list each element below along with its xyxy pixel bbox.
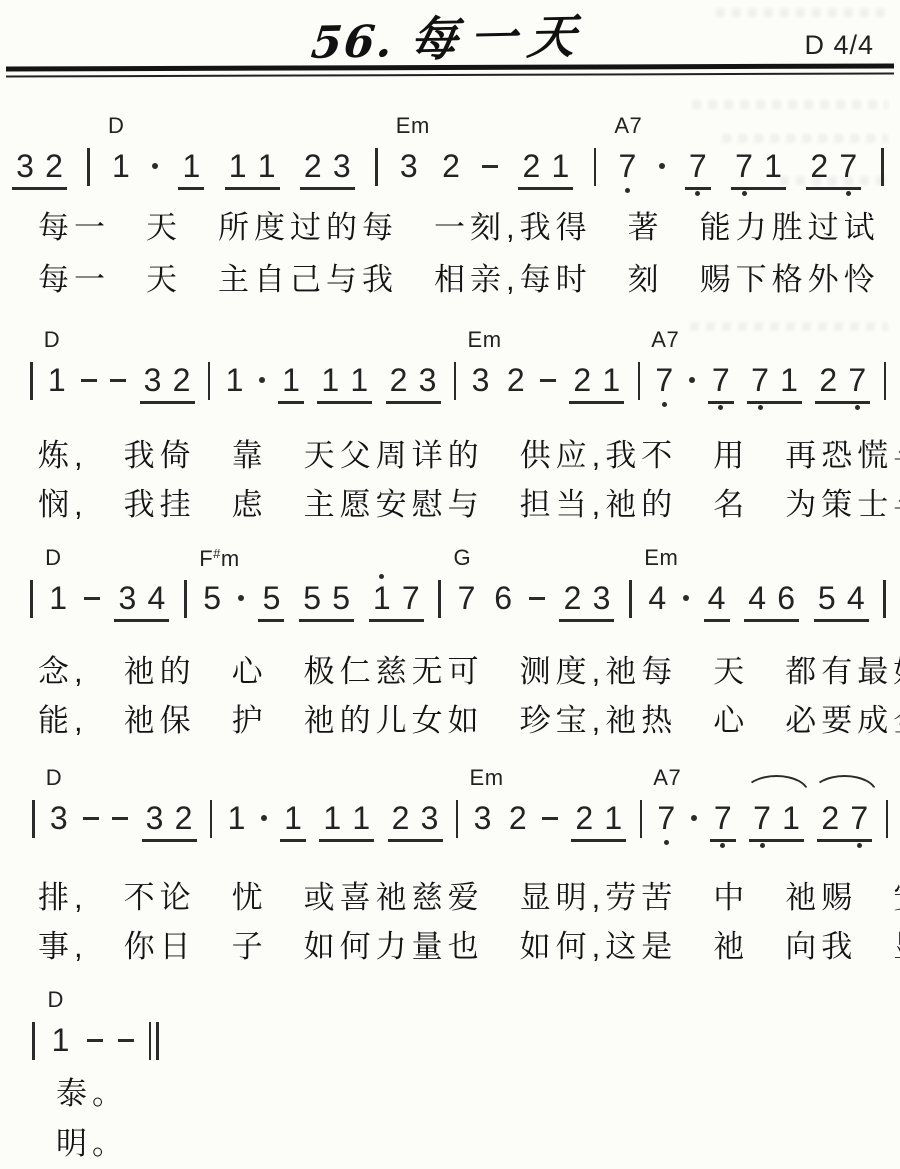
barline: [87, 148, 90, 186]
duration-dot: [259, 377, 265, 383]
note-digit: 1: [46, 362, 68, 398]
note: 7A7: [616, 148, 638, 184]
note-group: 4: [704, 580, 730, 622]
note: 3D: [48, 800, 70, 836]
barline: [629, 580, 632, 618]
octave-dot-low: [846, 191, 851, 196]
duration-dot: [152, 163, 158, 169]
note-digit: 1: [780, 800, 802, 836]
title-handwritten: 56.每一天: [309, 0, 591, 72]
chord-label: A7: [614, 115, 642, 137]
chord-label: Em: [396, 115, 430, 137]
note-digit: 2: [573, 800, 595, 836]
note: 7G: [456, 580, 478, 616]
note-digit: 2: [173, 800, 195, 836]
barline: [32, 1022, 35, 1060]
note-group: 11: [317, 362, 372, 404]
dash-continuation: [84, 597, 100, 600]
note-digit: 5: [201, 580, 223, 616]
note-digit: 1: [321, 800, 343, 836]
chord-char: E: [470, 765, 485, 790]
lyric-line: 每一 天 所度过的每 一刻,我得 著 能力胜过试: [38, 202, 880, 247]
dash-continuation: [542, 817, 558, 820]
duration-dot: [238, 595, 244, 601]
note-digit: 3: [470, 362, 492, 398]
notes-row: 3D321111233Em2217A777127: [32, 800, 888, 842]
chord-label: D: [44, 329, 60, 351]
note-digit: 7: [616, 148, 638, 184]
barline: [594, 148, 597, 186]
slur-arc: [744, 775, 809, 793]
note: 3Em: [472, 800, 494, 836]
note-digit: 1: [350, 800, 372, 836]
note-group: 5: [258, 580, 284, 622]
note-group: 34: [114, 580, 169, 622]
note-digit: 2: [388, 362, 410, 398]
note-digit: 5: [301, 580, 323, 616]
note-group: 32: [142, 800, 197, 842]
note-digit: 7: [751, 800, 773, 836]
note-group: 23: [300, 148, 355, 190]
barline: [884, 362, 887, 400]
note-digit: 1: [180, 148, 202, 184]
note-digit: 5: [330, 580, 352, 616]
note-digit: 4: [706, 580, 728, 616]
notation-system: 3D321111233Em2217A777127: [32, 766, 888, 842]
dash-continuation: [83, 817, 99, 820]
notation-system: 1D321111233Em2217A777127: [30, 328, 886, 404]
note-digit: 1: [47, 580, 69, 616]
chord-char: A: [651, 327, 666, 352]
duration-dot: [261, 815, 267, 821]
chord-char: m: [485, 765, 504, 790]
chord-label: Em: [468, 329, 502, 351]
note-digit: 3: [14, 148, 36, 184]
chord-char: G: [454, 545, 472, 570]
note-digit: 1: [226, 800, 248, 836]
note-digit: 4: [145, 580, 167, 616]
duration-dot: [689, 377, 695, 383]
chord-char: 7: [668, 765, 681, 790]
note-digit: 1: [50, 1022, 72, 1058]
chord-label: D: [46, 767, 62, 789]
note-group: 11: [225, 148, 280, 190]
barline: [881, 148, 884, 186]
notation-system: 321D111233Em2217A777127: [12, 114, 884, 190]
barline: [30, 580, 33, 618]
chord-char: m: [483, 327, 502, 352]
note-group: 54: [814, 580, 869, 622]
note-digit: 3: [48, 800, 70, 836]
note-digit: 2: [571, 362, 593, 398]
sharp-sign: #: [213, 546, 221, 561]
note: 2: [507, 800, 529, 836]
notation-system: 1D: [32, 988, 159, 1060]
note-digit: 4: [845, 580, 867, 616]
lyric-line: 泰。: [56, 1068, 128, 1113]
note: 5F#m: [201, 580, 223, 616]
song-title: 每一天: [408, 9, 591, 68]
note-digit: 7: [749, 362, 771, 398]
lyric-line: 炼, 我倚 靠 天父周详的 供应,我不 用 再恐慌与挂: [38, 430, 900, 475]
duration-dot: [683, 595, 689, 601]
note-digit: 2: [505, 362, 527, 398]
slur-arc: [812, 775, 877, 793]
chord-label: F#m: [199, 547, 240, 570]
note-digit: 7: [733, 148, 755, 184]
chord-label: D: [48, 989, 64, 1011]
note-group: 21: [569, 362, 624, 404]
octave-dot-low: [857, 843, 862, 848]
octave-dot-low: [625, 188, 630, 193]
note-digit: 7: [653, 362, 675, 398]
octave-dot-low: [695, 191, 700, 196]
barline: [883, 580, 886, 618]
notes-row: 321D111233Em2217A777127: [12, 148, 884, 190]
key-signature: D 4/4: [804, 30, 874, 61]
note-group: 23: [388, 800, 443, 842]
chord-char: A: [653, 765, 668, 790]
note-digit: 3: [472, 800, 494, 836]
chord-label: Em: [644, 547, 678, 569]
note-digit: 1: [319, 362, 341, 398]
chord-char: E: [644, 545, 659, 570]
lyric-line: 能, 祂保 护 祂的儿女如 珍宝,祂热 心 必要成全这: [38, 695, 900, 740]
note-digit: 5: [816, 580, 838, 616]
note: 1D: [46, 362, 68, 398]
chord-label: A7: [651, 329, 679, 351]
scan-artifact: [692, 100, 888, 109]
note-digit: 1: [602, 800, 624, 836]
chord-char: E: [468, 327, 483, 352]
chord-char: 7: [630, 113, 643, 138]
note-digit: 1: [282, 800, 304, 836]
note-group: 55: [299, 580, 354, 622]
note-digit: 1: [348, 362, 370, 398]
note-digit: 2: [440, 148, 462, 184]
note-group: 71: [747, 362, 802, 404]
note-digit: 1: [256, 148, 278, 184]
note-digit: 3: [417, 362, 439, 398]
note-group: 71: [731, 148, 786, 190]
barline: [640, 800, 643, 838]
note-digit: 7: [837, 148, 859, 184]
note-digit: 7: [710, 362, 732, 398]
note-digit: 2: [43, 148, 65, 184]
octave-dot-low: [855, 405, 860, 410]
octave-dot-high: [379, 574, 384, 579]
note-digit: 1: [778, 362, 800, 398]
note-digit: 3: [590, 580, 612, 616]
note-digit: 6: [492, 580, 514, 616]
lyric-line: 事, 你日 子 如何力量也 如何,这是 祂 向我 显: [38, 921, 900, 966]
barline: [438, 580, 441, 618]
note: 2: [440, 148, 462, 184]
page-title: 56.每一天: [0, 2, 900, 69]
note-digit: 1: [600, 362, 622, 398]
lyric-line: 明。: [56, 1118, 128, 1163]
note-group: 7: [710, 800, 736, 842]
notes-row: 1D345F#m555177G6234Em44654: [30, 580, 886, 622]
lyric-line: 每一 天 主自己与我 相亲,每时 刻 赐下格外怜: [38, 254, 880, 299]
note-digit: 1: [280, 362, 302, 398]
dash-continuation: [87, 1039, 103, 1042]
note-digit: 3: [331, 148, 353, 184]
note: 1: [226, 800, 248, 836]
note-group: 1: [178, 148, 204, 190]
chord-char: m: [659, 545, 678, 570]
chord-char: m: [411, 113, 430, 138]
octave-dot-low: [720, 843, 725, 848]
lyric-line: 念, 祂的 心 极仁慈无可 测度,祂每 天 都有最好安: [38, 646, 900, 691]
notation-system: 1D345F#m555177G6234Em44654: [30, 546, 886, 622]
chord-char: D: [45, 545, 61, 570]
octave-dot-low: [760, 843, 765, 848]
octave-dot-low: [718, 405, 723, 410]
note-group: 27: [817, 800, 872, 842]
note: 7A7: [653, 362, 675, 398]
note-digit: 3: [419, 800, 441, 836]
song-number: 56.: [309, 16, 397, 69]
chord-char: D: [46, 765, 62, 790]
note: 1D: [47, 580, 69, 616]
note-digit: 4: [746, 580, 768, 616]
chord-char: A: [614, 113, 629, 138]
chord-label: D: [45, 547, 61, 569]
note-group: 11: [319, 800, 374, 842]
octave-dot-low: [662, 402, 667, 407]
barline: [149, 1022, 152, 1060]
lyric-line: 排, 不论 忧 或喜祂慈爱 显明,劳苦 中 祂赐 安: [38, 872, 900, 917]
note-digit: 2: [808, 148, 830, 184]
barline: [156, 1022, 159, 1060]
note-group: 27: [806, 148, 861, 190]
chord-char: F: [199, 546, 213, 571]
note: 2: [505, 362, 527, 398]
title-divider: [6, 63, 894, 77]
note-group: 7: [708, 362, 734, 404]
note: 1D: [50, 1022, 72, 1058]
note-group: 21: [571, 800, 626, 842]
note-digit: 2: [520, 148, 542, 184]
note-digit: 1: [224, 362, 246, 398]
barline: [886, 800, 889, 838]
note-digit: 2: [507, 800, 529, 836]
chord-char: E: [396, 113, 411, 138]
barline: [208, 362, 211, 400]
note-digit: 7: [655, 800, 677, 836]
note-digit: 3: [116, 580, 138, 616]
note-group: 23: [386, 362, 441, 404]
chord-label: D: [108, 115, 124, 137]
note-digit: 2: [171, 362, 193, 398]
note-digit: 7: [400, 580, 422, 616]
note-digit: 1: [762, 148, 784, 184]
note: 1: [224, 362, 246, 398]
note: 1D: [110, 148, 132, 184]
note-digit: 7: [456, 580, 478, 616]
octave-dot-low: [758, 405, 763, 410]
note-digit: 2: [561, 580, 583, 616]
note-digit: 1: [371, 580, 393, 616]
octave-dot-low: [664, 840, 669, 845]
dash-continuation: [482, 165, 498, 168]
note-group: 1: [278, 362, 304, 404]
dash-continuation: [110, 379, 126, 382]
note-group: 21: [518, 148, 573, 190]
duration-dot: [691, 815, 697, 821]
barline: [375, 148, 378, 186]
octave-dot-low: [742, 191, 747, 196]
barline: [32, 800, 35, 838]
dash-continuation: [112, 817, 128, 820]
note-group: 17: [369, 580, 424, 622]
chord-char: 7: [666, 327, 679, 352]
note-digit: 5: [260, 580, 282, 616]
note-digit: 6: [775, 580, 797, 616]
note-digit: 3: [398, 148, 420, 184]
dash-continuation: [81, 379, 97, 382]
notes-row: 1D321111233Em2217A777127: [30, 362, 886, 404]
note-group: 32: [12, 148, 67, 190]
note-digit: 7: [712, 800, 734, 836]
chord-char: D: [44, 327, 60, 352]
note: 3Em: [470, 362, 492, 398]
barline: [454, 362, 457, 400]
final-barline: [149, 1022, 159, 1060]
note: 7A7: [655, 800, 677, 836]
notes-row: 1D: [32, 1022, 159, 1060]
note-digit: 1: [227, 148, 249, 184]
note-digit: 2: [302, 148, 324, 184]
note-digit: 1: [549, 148, 571, 184]
note: 6: [492, 580, 514, 616]
barline: [638, 362, 641, 400]
dash-continuation: [529, 597, 545, 600]
chord-label: A7: [653, 767, 681, 789]
note-group: 7: [685, 148, 711, 190]
barline: [210, 800, 213, 838]
song-sheet-page: 56.每一天 D 4/4 321D111233Em2217A7771271D32…: [0, 0, 900, 1169]
barline: [184, 580, 187, 618]
chord-label: G: [454, 547, 472, 569]
note-digit: 1: [110, 148, 132, 184]
chord-char: D: [108, 113, 124, 138]
note-digit: 3: [142, 362, 164, 398]
note-group: 27: [815, 362, 870, 404]
note-group: 71: [749, 800, 804, 842]
barline: [456, 800, 459, 838]
note-digit: 3: [144, 800, 166, 836]
note: 4Em: [646, 580, 668, 616]
note-digit: 2: [819, 800, 841, 836]
note-digit: 7: [846, 362, 868, 398]
note-group: 46: [744, 580, 799, 622]
note-group: 32: [140, 362, 195, 404]
chord-char: m: [221, 546, 240, 571]
dash-continuation: [118, 1039, 134, 1042]
dash-continuation: [540, 379, 556, 382]
lyric-line: 悯, 我挂 虑 主愿安慰与 担当,祂的 名 为策士与全: [38, 479, 900, 524]
barline: [30, 362, 33, 400]
note-group: 1: [280, 800, 306, 842]
chord-label: Em: [470, 767, 504, 789]
note-digit: 4: [646, 580, 668, 616]
note-digit: 2: [390, 800, 412, 836]
duration-dot: [659, 163, 665, 169]
note-digit: 7: [687, 148, 709, 184]
note-digit: 7: [848, 800, 870, 836]
note-group: 23: [559, 580, 614, 622]
note: 3Em: [398, 148, 420, 184]
note-digit: 2: [817, 362, 839, 398]
chord-char: D: [48, 987, 64, 1012]
